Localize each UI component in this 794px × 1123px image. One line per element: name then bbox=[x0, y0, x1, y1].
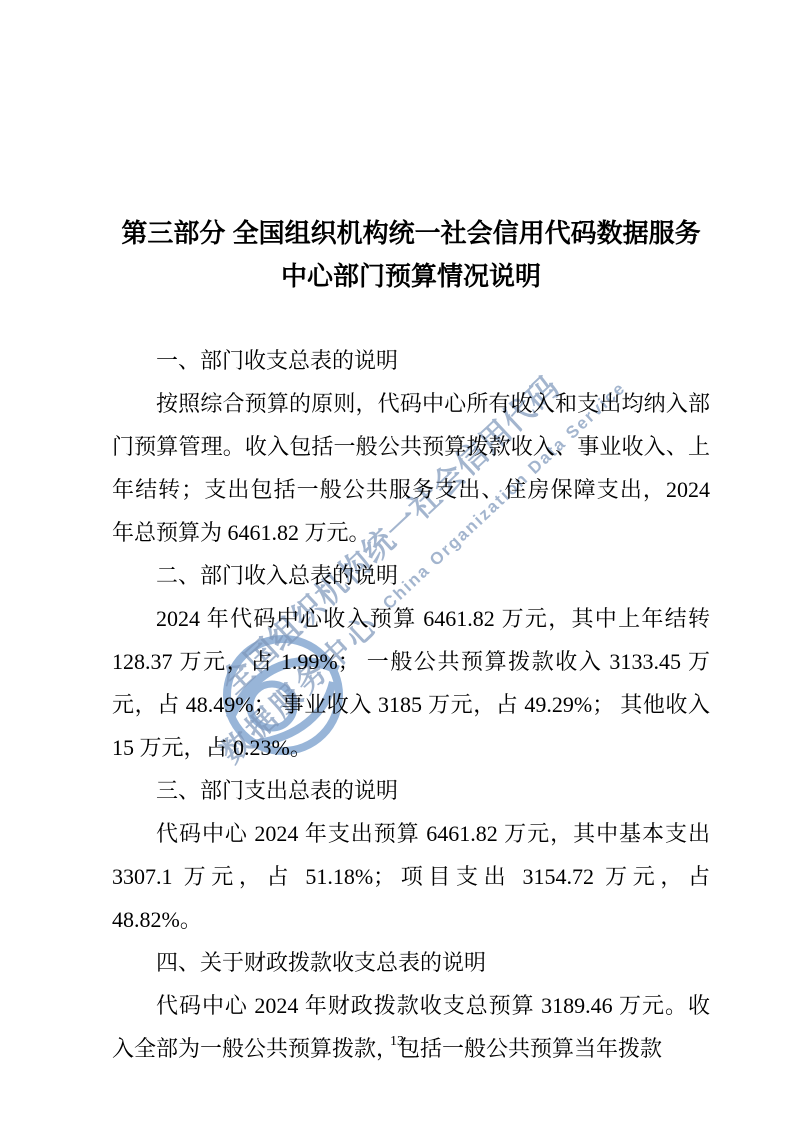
document-page: 全国组织机构统一社会信用代码 数据服务中心 China Organization… bbox=[0, 0, 794, 1123]
page-number: 13 bbox=[0, 1034, 794, 1050]
section-heading-3: 三、部门支出总表的说明 bbox=[112, 769, 710, 812]
document-title-line2: 中心部门预算情况说明 bbox=[281, 261, 541, 291]
paragraph-4: 代码中心 2024 年财政拨款收支总预算 3189.46 万元。收入全部为一般公… bbox=[112, 984, 710, 1070]
paragraph-3: 代码中心 2024 年支出预算 6461.82 万元，其中基本支出 3307.1… bbox=[112, 812, 710, 941]
section-heading-1: 一、部门收支总表的说明 bbox=[112, 339, 710, 382]
paragraph-1: 按照综合预算的原则，代码中心所有收入和支出均纳入部门预算管理。收入包括一般公共预… bbox=[112, 382, 710, 554]
document-body: 一、部门收支总表的说明 按照综合预算的原则，代码中心所有收入和支出均纳入部门预算… bbox=[112, 339, 710, 1070]
document-title-line1: 第三部分 全国组织机构统一社会信用代码数据服务 bbox=[121, 218, 700, 248]
section-heading-4: 四、关于财政拨款收支总表的说明 bbox=[112, 941, 710, 984]
paragraph-2: 2024 年代码中心收入预算 6461.82 万元，其中上年结转 128.37 … bbox=[112, 597, 710, 769]
document-content: 第三部分 全国组织机构统一社会信用代码数据服务 中心部门预算情况说明 一、部门收… bbox=[112, 212, 710, 1070]
section-heading-2: 二、部门收入总表的说明 bbox=[112, 554, 710, 597]
document-title: 第三部分 全国组织机构统一社会信用代码数据服务 中心部门预算情况说明 bbox=[112, 212, 710, 298]
